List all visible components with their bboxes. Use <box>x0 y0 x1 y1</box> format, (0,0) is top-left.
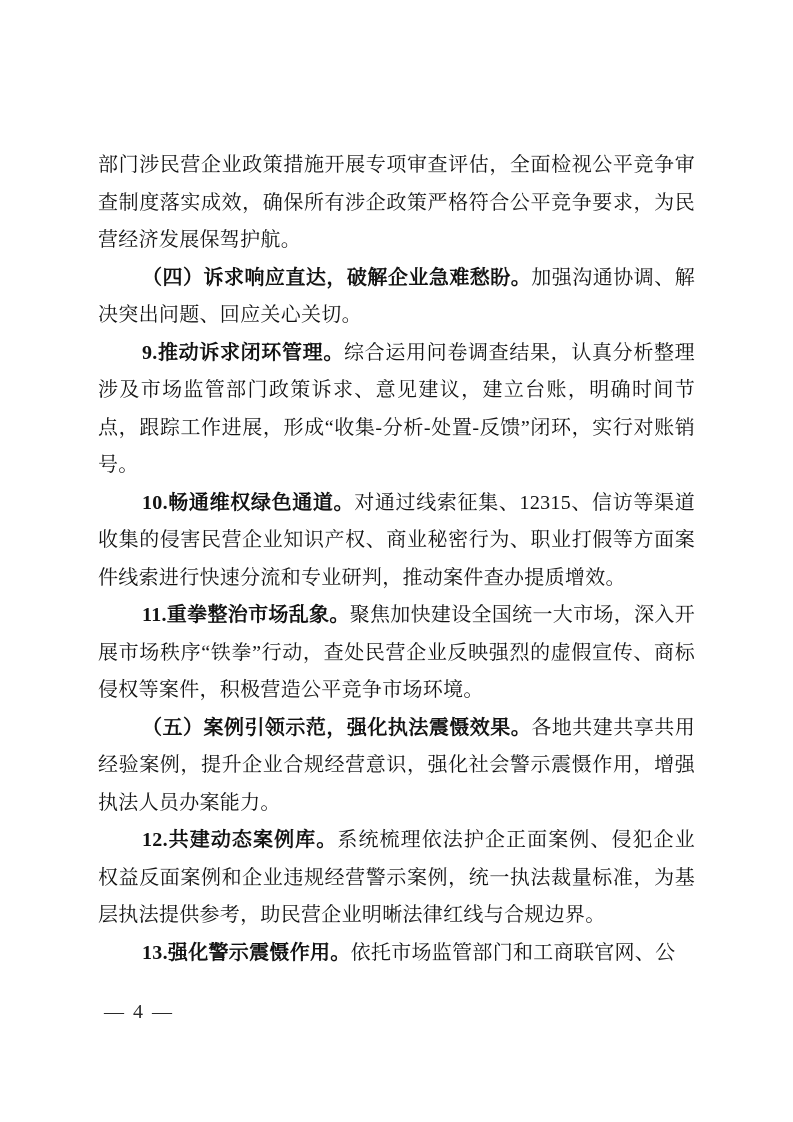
page-number: — 4 — <box>104 1001 174 1024</box>
paragraph: 12.共建动态案例库。系统梳理依法护企正面案例、侵犯企业权益反面案例和企业违规经… <box>98 822 695 935</box>
paragraph: （四）诉求响应直达，破解企业急难愁盼。加强沟通协调、解决突出问题、回应关心关切。 <box>98 260 695 335</box>
paragraph-lead: 12.共建动态案例库。 <box>142 829 337 851</box>
paragraph: 11.重拳整治市场乱象。聚焦加快建设全国统一大市场，深入开展市场秩序“铁拳”行动… <box>98 597 695 710</box>
document-body: 部门涉民营企业政策措施开展专项审查评估，全面检视公平竞争审查制度落实成效，确保所… <box>98 147 695 972</box>
paragraph: 13.强化警示震慑作用。依托市场监管部门和工商联官网、公 <box>98 935 695 973</box>
paragraph: （五）案例引领示范，强化执法震慑效果。各地共建共享共用经验案例，提升企业合规经营… <box>98 710 695 823</box>
paragraph: 10.畅通维权绿色通道。对通过线索征集、12315、信访等渠道收集的侵害民营企业… <box>98 485 695 598</box>
paragraph-lead: （五）案例引领示范，强化执法震慑效果。 <box>142 717 531 739</box>
paragraph: 部门涉民营企业政策措施开展专项审查评估，全面检视公平竞争审查制度落实成效，确保所… <box>98 147 695 260</box>
paragraph-text: 部门涉民营企业政策措施开展专项审查评估，全面检视公平竞争审查制度落实成效，确保所… <box>98 154 695 251</box>
paragraph-lead: 11.重拳整治市场乱象。 <box>142 604 350 626</box>
paragraph-lead: （四）诉求响应直达，破解企业急难愁盼。 <box>142 267 531 289</box>
paragraph-lead: 13.强化警示震慑作用。 <box>142 942 351 964</box>
paragraph-lead: 9.推动诉求闭环管理。 <box>142 342 344 364</box>
paragraph-text: 依托市场监管部门和工商联官网、公 <box>351 942 676 964</box>
paragraph-lead: 10.畅通维权绿色通道。 <box>142 492 354 514</box>
paragraph: 9.推动诉求闭环管理。综合运用问卷调查结果，认真分析整理涉及市场监管部门政策诉求… <box>98 335 695 485</box>
document-page: 部门涉民营企业政策措施开展专项审查评估，全面检视公平竞争审查制度落实成效，确保所… <box>0 0 793 1122</box>
